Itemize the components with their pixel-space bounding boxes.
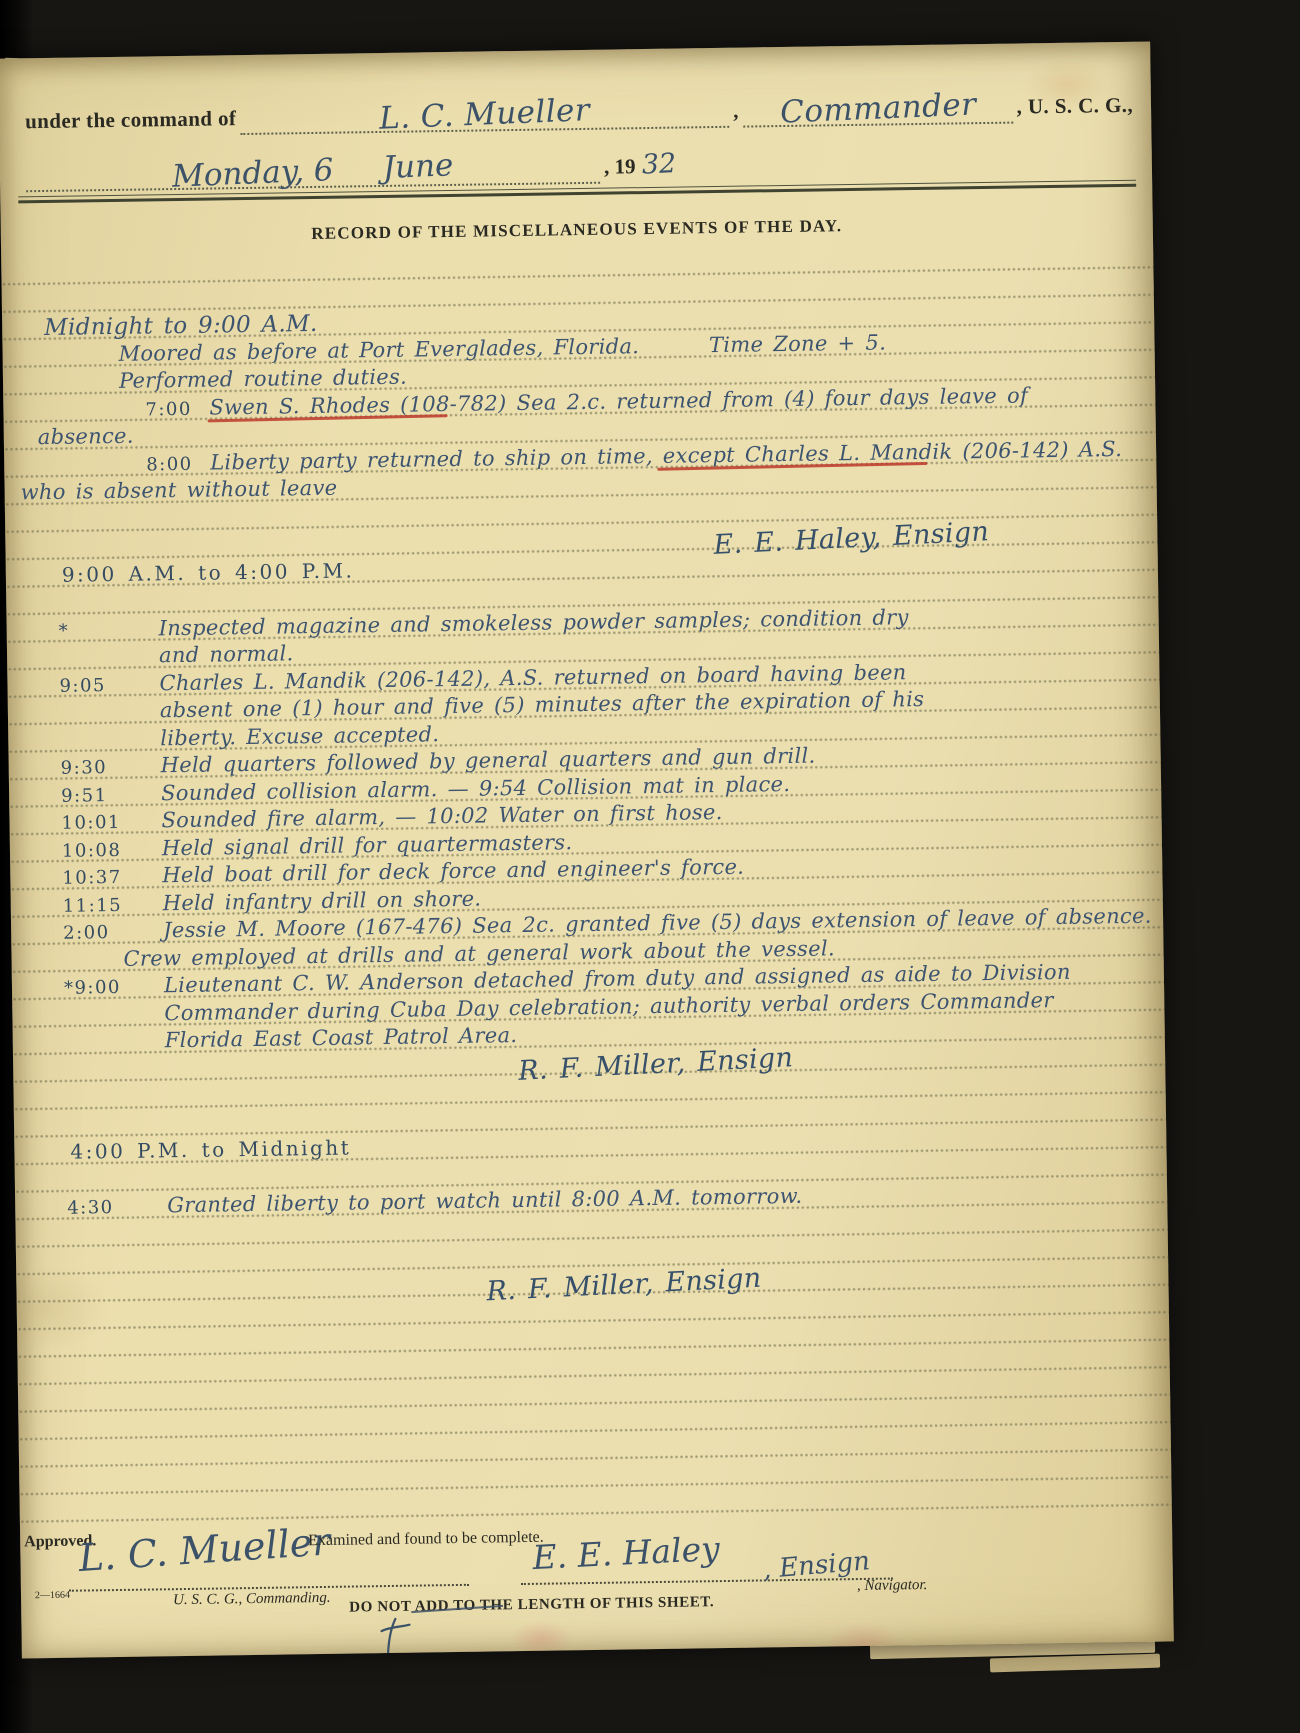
command-line: under the command of L. C. Mueller , Com… (25, 84, 1133, 138)
entry-time: * (59, 619, 159, 641)
page-stack-edge (990, 1654, 1160, 1673)
commanding-officer-signature: L. C. Mueller (77, 1519, 331, 1580)
entry-time: 10:08 (62, 839, 162, 861)
navigator-signature: E. E. Haley (532, 1529, 721, 1577)
entry-time: *9:00 (64, 976, 164, 998)
year-handwritten: 32 (641, 148, 677, 181)
commanding-title: U. S. C. G., Commanding. (173, 1590, 331, 1609)
entry-text: Held signal drill for quartermasters. (162, 830, 573, 860)
entry-time: 9:30 (61, 756, 161, 778)
entry-time: 10:37 (62, 866, 162, 888)
entry-time: 10:01 (61, 811, 161, 833)
comma-separator: , (733, 99, 739, 124)
length-warning: DO NOT ADD TO THE LENGTH OF THIS SHEET. (349, 1594, 714, 1616)
entry-time: 4:30 (67, 1196, 167, 1218)
entry-time: 9:51 (61, 784, 161, 806)
page-footer: Approved. L. C. Mueller U. S. C. G., Com… (20, 1511, 1174, 1658)
commander-rank-field: Commander (743, 86, 1013, 128)
log-entries-area: Midnight to 9:00 A.M. Moored as before a… (1, 244, 1172, 1531)
entry-text: Held infantry drill on shore. (163, 886, 482, 915)
logbook-page: under the command of L. C. Mueller , Com… (0, 42, 1174, 1659)
entry-time: 8:00 (146, 453, 210, 475)
entry-time: 9:05 (59, 674, 159, 696)
examined-label: Examined and found to be complete. (308, 1529, 544, 1550)
commander-name-field: L. C. Mueller (240, 90, 729, 135)
pen-mark (373, 1615, 418, 1659)
year-prefix-label: , 19 (604, 154, 636, 179)
entry-time: 11:15 (63, 894, 163, 916)
command-prefix-label: under the command of (25, 106, 237, 134)
entry-time: 2:00 (63, 921, 163, 943)
form-number: 2—1664 (35, 1590, 70, 1602)
commander-rank-signature: Commander (779, 87, 977, 131)
service-label: , U. S. C. G., (1016, 93, 1133, 120)
date-handwritten: Monday, 6 June (172, 147, 455, 195)
navigator-label: , Navigator. (857, 1577, 928, 1595)
entry-time: 7:00 (145, 398, 209, 420)
commander-name-signature: L. C. Mueller (379, 92, 591, 137)
record-title: RECORD OF THE MISCELLANEOUS EVENTS OF TH… (1, 212, 1153, 249)
date-field: Monday, 6 June (26, 146, 601, 193)
date-line: Monday, 6 June , 19 32 (26, 145, 676, 193)
